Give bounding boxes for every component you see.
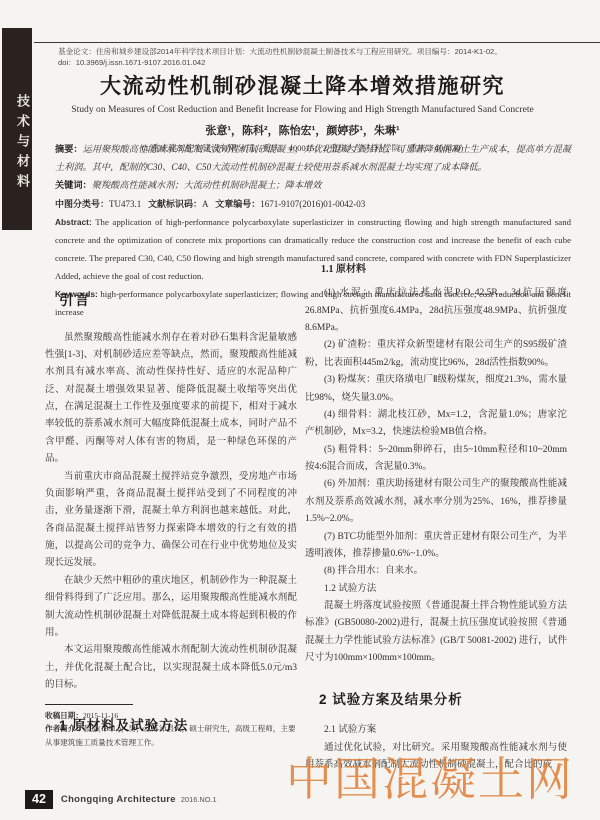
abstract-en-label: Abstract: [55, 217, 92, 227]
intro-paragraph: 在缺少天然中粗砂的重庆地区，机制砂作为一种混凝土细骨料得到了广泛应用。那么，运用… [45, 573, 297, 643]
issue-label: 2016.NO.1 [181, 795, 217, 804]
material-item: (6) 外加剂：重庆助扬建材有限公司生产的聚羧酸高性能减水剂及萘系高效减水剂，减… [305, 476, 567, 528]
intro-heading: 引言 [59, 288, 297, 314]
keywords-zh-text: 聚羧酸高性能减水剂；大流动性机制砂混凝土；降本增效 [92, 180, 322, 190]
journal-page: 技术与材料 基金论文：住房和城乡建设部2014年科学技术项目计划：大流动性机制砂… [0, 0, 600, 820]
keywords-zh-line: 关键词：聚羧酸高性能减水剂；大流动性机制砂混凝土；降本增效 [55, 177, 571, 195]
journal-name: Chongqing Architecture [61, 794, 176, 805]
abstract-zh: 摘要：运用聚羧酸高性能减水剂配制大流动性机制砂混凝土，并优化混凝土配合比，可显著… [55, 141, 571, 177]
classification-line: 中图分类号：TU473.1 文献标识码：A 文章编号：1671-9107(201… [55, 195, 571, 213]
page-footer: 42 Chongqing Architecture 2016.NO.1 [25, 790, 217, 809]
right-column: 1.1 原材料 (1) 水泥：重庆拉法基水泥P·O 42.5R，3d抗压强度26… [305, 259, 567, 774]
funding-note-block: 基金论文：住房和城乡建设部2014年科学技术项目计划：大流动性机制砂混凝土制备技… [58, 47, 570, 68]
keywords-zh-label: 关键词： [55, 180, 92, 190]
abstract-zh-label: 摘要： [55, 144, 83, 154]
authors-line: 张意¹，陈科²，陈怡宏¹，颜婷莎¹，朱琳¹ [35, 122, 570, 138]
author-bio-value: 张意(1981-)，男，江苏沛县人，硕士研究生，高级工程师，主要从事建筑施工质量… [45, 724, 296, 746]
material-item: (3) 粉煤灰：重庆珞璜电厂Ⅱ级粉煤灰，细度21.3%，需水量比98%，烧失量3… [305, 372, 567, 407]
doc-code-label: 文献标识码： [148, 199, 202, 209]
intro-paragraph: 虽然聚羧酸高性能减水剂存在着对砂石集料含泥量敏感性强[1-3]、对机制砂适应差等… [45, 330, 297, 469]
method-paragraph: 混凝土坍落度试验按照《普通混凝土拌合物性能试验方法标准》(GB50080-200… [305, 598, 567, 668]
left-column: 引言 虽然聚羧酸高性能减水剂存在着对砂石集料含泥量敏感性强[1-3]、对机制砂适… [45, 284, 297, 749]
china-concrete-net-watermark: 中国混凝土网 [286, 743, 574, 809]
intro-paragraph: 本文运用聚羧酸高性能减水剂配制大流动性机制砂混凝土，并优化混凝土配合比，以实现混… [45, 642, 297, 694]
material-item: (5) 粗骨料：5~20mm卵碎石，由5~10mm粒径和10~20mm按4:6混… [305, 442, 567, 477]
section2-1-heading: 2.1 试验方案 [305, 722, 567, 739]
section1-1-heading: 1.1 原材料 [321, 261, 567, 279]
intro-paragraph: 当前重庆市商品混凝土搅拌站竞争激烈，受房地产市场负面影响严重，各商品混凝土搅拌站… [45, 469, 297, 573]
section2-heading: 2 试验方案及结果分析 [319, 688, 567, 713]
abstract-zh-text: 运用聚羧酸高性能减水剂配制大流动性机制砂混凝土，并优化混凝土配合比，可显著降低混… [55, 144, 571, 172]
author-bio-label: 作者简介： [45, 724, 83, 733]
article-title-en: Study on Measures of Cost Reduction and … [35, 104, 570, 115]
page-number: 42 [25, 790, 53, 809]
doi-line: doi：10.3969/j.issn.1671-9107.2016.01.042 [58, 58, 570, 69]
article-id-label: 文章编号： [215, 199, 260, 209]
material-item: (1) 水泥：重庆拉法基水泥P·O 42.5R，3d抗压强度26.8MPa、抗折… [305, 285, 567, 337]
received-date-label: 收稿日期： [45, 711, 83, 720]
article-title-zh: 大流动性机制砂混凝土降本增效措施研究 [35, 70, 570, 100]
clc-label: 中图分类号： [55, 199, 109, 209]
clc-value: TU473.1 [109, 199, 141, 209]
footnote-rule [45, 704, 133, 705]
funding-note: 基金论文：住房和城乡建设部2014年科学技术项目计划：大流动性机制砂混凝土制备技… [58, 47, 570, 58]
section1-2-heading: 1.2 试验方法 [305, 581, 567, 598]
received-date-line: 收稿日期：2015-11-16 [45, 709, 297, 722]
header-rule [34, 42, 600, 43]
material-item: (8) 拌合用水：自来水。 [305, 563, 567, 580]
article-id-value: 1671-9107(2016)01-0042-03 [260, 199, 365, 209]
material-item: (2) 矿渣粉：重庆祥众新型建材有限公司生产的S95级矿渣粉，比表面积445m2… [305, 337, 567, 372]
section-tab-technology-materials: 技术与材料 [2, 28, 32, 230]
doc-code-value: A [202, 199, 209, 209]
material-item: (7) BTC功能型外加剂：重庆普正建材有限公司生产，为半透明液体，推荐掺量0.… [305, 529, 567, 564]
author-bio-line: 作者简介：张意(1981-)，男，江苏沛县人，硕士研究生，高级工程师，主要从事建… [45, 722, 297, 749]
received-date-value: 2015-11-16 [83, 711, 118, 720]
footnote-block: 收稿日期：2015-11-16 作者简介：张意(1981-)，男，江苏沛县人，硕… [45, 704, 297, 749]
material-item: (4) 细骨料：湖北枝江砂，Mx=1.2，含泥量1.0%；唐家沱产机制砂，Mx=… [305, 407, 567, 442]
